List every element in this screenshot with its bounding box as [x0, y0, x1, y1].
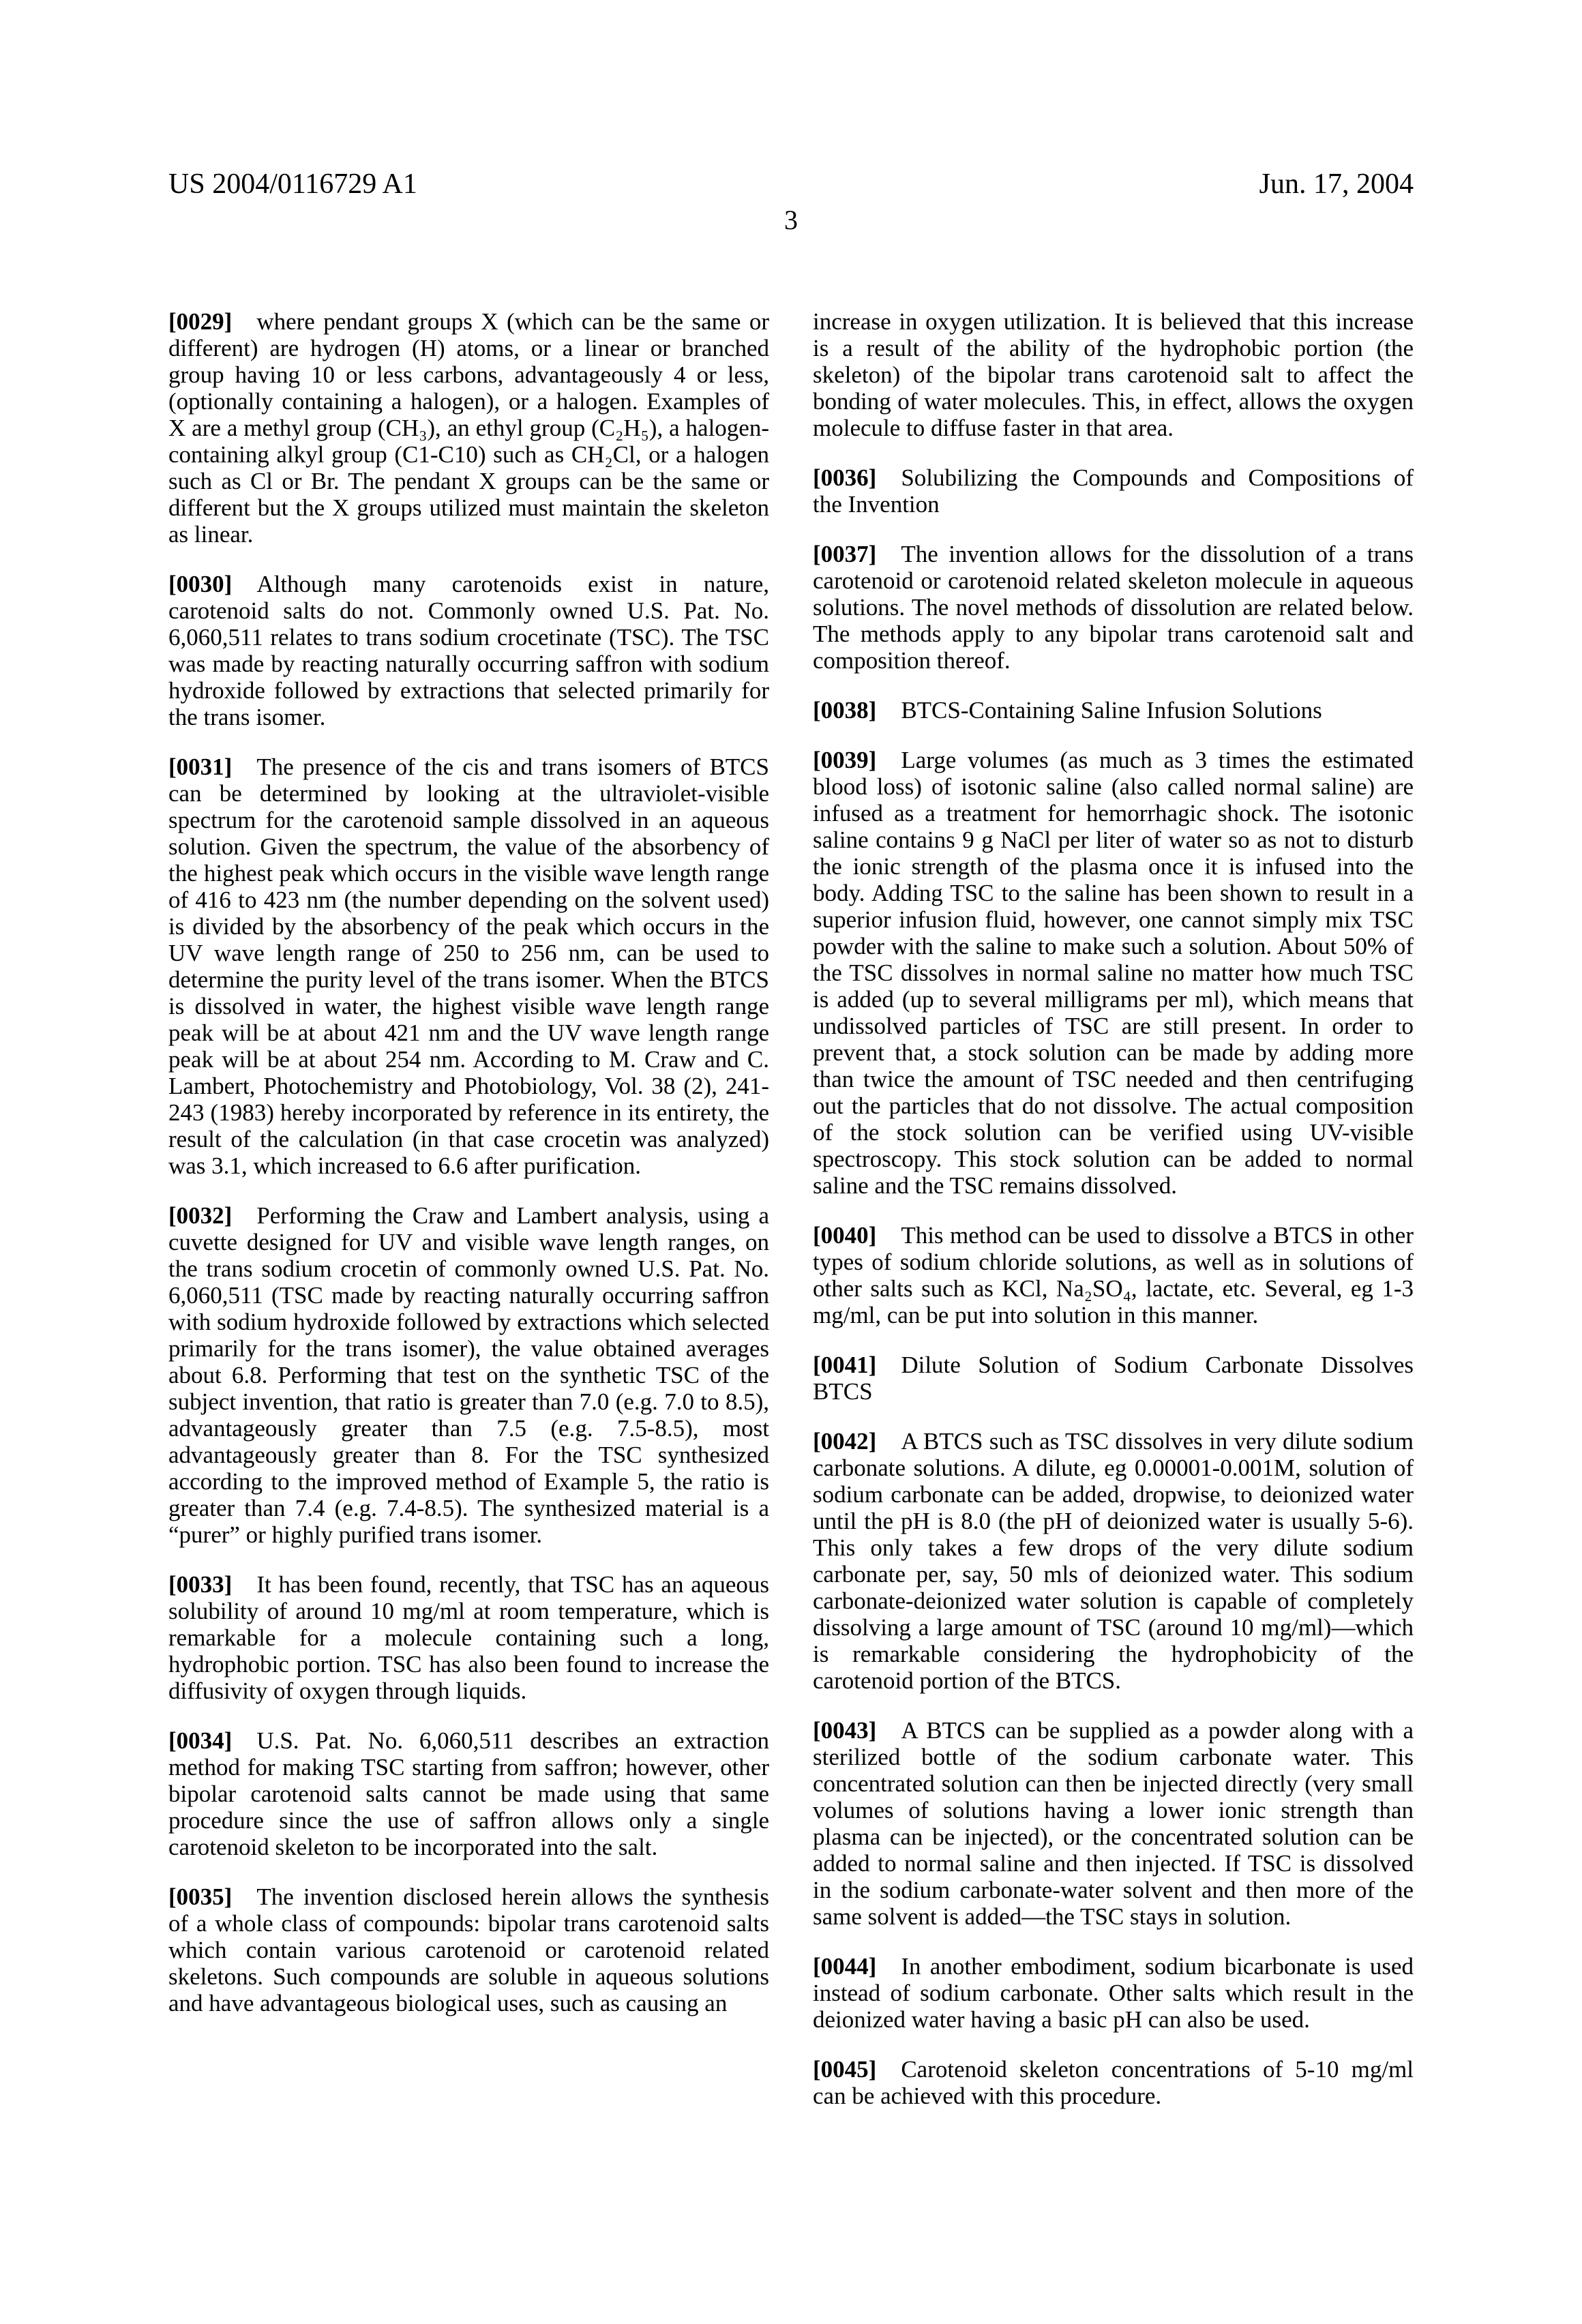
- paragraph-0037: [0037]The invention allows for the disso…: [813, 541, 1414, 674]
- paragraph-text: The invention allows for the dissolution…: [813, 541, 1414, 674]
- paragraph-number: [0030]: [168, 571, 232, 597]
- paragraph-number: [0038]: [813, 697, 876, 724]
- paragraph-text: BTCS-Containing Saline Infusion Solution…: [901, 697, 1322, 724]
- paragraph-0030: [0030]Although many carotenoids exist in…: [168, 571, 769, 730]
- paragraph-0040: [0040]This method can be used to dissolv…: [813, 1222, 1414, 1328]
- paragraph-0029: [0029]where pendant groups X (which can …: [168, 308, 769, 548]
- paragraph-0041: [0041]Dilute Solution of Sodium Carbonat…: [813, 1352, 1414, 1405]
- paragraph-number: [0043]: [813, 1717, 876, 1744]
- paragraph-text: In another embodiment, sodium bicarbonat…: [813, 1953, 1414, 2033]
- paragraph-number: [0042]: [813, 1428, 876, 1455]
- paragraph-number: [0037]: [813, 541, 876, 567]
- paragraph-number: [0034]: [168, 1727, 232, 1754]
- page-header: US 2004/0116729 A1 Jun. 17, 2004: [168, 168, 1414, 200]
- paragraph-text: Although many carotenoids exist in natur…: [168, 571, 769, 730]
- paragraph-text: The invention disclosed herein allows th…: [168, 1883, 769, 2016]
- paragraph-number: [0033]: [168, 1571, 232, 1598]
- paragraph-0038: [0038]BTCS-Containing Saline Infusion So…: [813, 697, 1414, 724]
- left-column: [0029]where pendant groups X (which can …: [168, 308, 769, 2109]
- paragraph-0039: [0039]Large volumes (as much as 3 times …: [813, 747, 1414, 1199]
- paragraph-number: [0045]: [813, 2056, 876, 2083]
- paragraph-text: A BTCS can be supplied as a powder along…: [813, 1717, 1414, 1930]
- paragraph-0034: [0034]U.S. Pat. No. 6,060,511 describes …: [168, 1727, 769, 1860]
- paragraph-0035: [0035]The invention disclosed herein all…: [168, 1883, 769, 2016]
- paragraph-number: [0036]: [813, 464, 876, 491]
- paragraph-number: [0041]: [813, 1352, 876, 1378]
- paragraph-text: The presence of the cis and trans isomer…: [168, 754, 769, 1179]
- paragraph-0042: [0042]A BTCS such as TSC dissolves in ve…: [813, 1428, 1414, 1694]
- paragraph-number: [0029]: [168, 308, 232, 335]
- patent-page: US 2004/0116729 A1 Jun. 17, 2004 3 [0029…: [0, 0, 1582, 2324]
- paragraph-text: Solubilizing the Compounds and Compositi…: [813, 464, 1414, 518]
- paragraph-text: A BTCS such as TSC dissolves in very dil…: [813, 1428, 1414, 1694]
- paragraph-number: [0044]: [813, 1953, 876, 1980]
- paragraph-number: [0039]: [813, 747, 876, 773]
- paragraph-text: Dilute Solution of Sodium Carbonate Diss…: [813, 1352, 1414, 1405]
- paragraph-0036: [0036]Solubilizing the Compounds and Com…: [813, 464, 1414, 518]
- paragraph-text: increase in oxygen utilization. It is be…: [813, 308, 1414, 441]
- paragraph-text: Performing the Craw and Lambert analysis…: [168, 1202, 769, 1548]
- patent-publication-number: US 2004/0116729 A1: [168, 168, 417, 200]
- paragraph-0031: [0031]The presence of the cis and trans …: [168, 754, 769, 1179]
- paragraph-0035-continued: increase in oxygen utilization. It is be…: [813, 308, 1414, 441]
- paragraph-text: where pendant groups X (which can be the…: [168, 308, 769, 548]
- paragraph-number: [0031]: [168, 754, 232, 780]
- paragraph-text: It has been found, recently, that TSC ha…: [168, 1571, 769, 1704]
- paragraph-number: [0040]: [813, 1222, 876, 1249]
- right-column: increase in oxygen utilization. It is be…: [813, 308, 1414, 2109]
- paragraph-0032: [0032]Performing the Craw and Lambert an…: [168, 1202, 769, 1548]
- paragraph-number: [0035]: [168, 1883, 232, 1910]
- paragraph-text: Large volumes (as much as 3 times the es…: [813, 747, 1414, 1199]
- paragraph-text: Carotenoid skeleton concentrations of 5-…: [813, 2056, 1414, 2109]
- paragraph-text: This method can be used to dissolve a BT…: [813, 1222, 1414, 1328]
- paragraph-0044: [0044]In another embodiment, sodium bica…: [813, 1953, 1414, 2033]
- paragraph-0033: [0033]It has been found, recently, that …: [168, 1571, 769, 1704]
- publication-date: Jun. 17, 2004: [1259, 168, 1414, 200]
- page-number: 3: [0, 205, 1582, 236]
- paragraph-number: [0032]: [168, 1202, 232, 1229]
- paragraph-0045: [0045]Carotenoid skeleton concentrations…: [813, 2056, 1414, 2109]
- paragraph-0043: [0043]A BTCS can be supplied as a powder…: [813, 1717, 1414, 1930]
- paragraph-text: U.S. Pat. No. 6,060,511 describes an ext…: [168, 1727, 769, 1860]
- body-columns: [0029]where pendant groups X (which can …: [168, 308, 1414, 2109]
